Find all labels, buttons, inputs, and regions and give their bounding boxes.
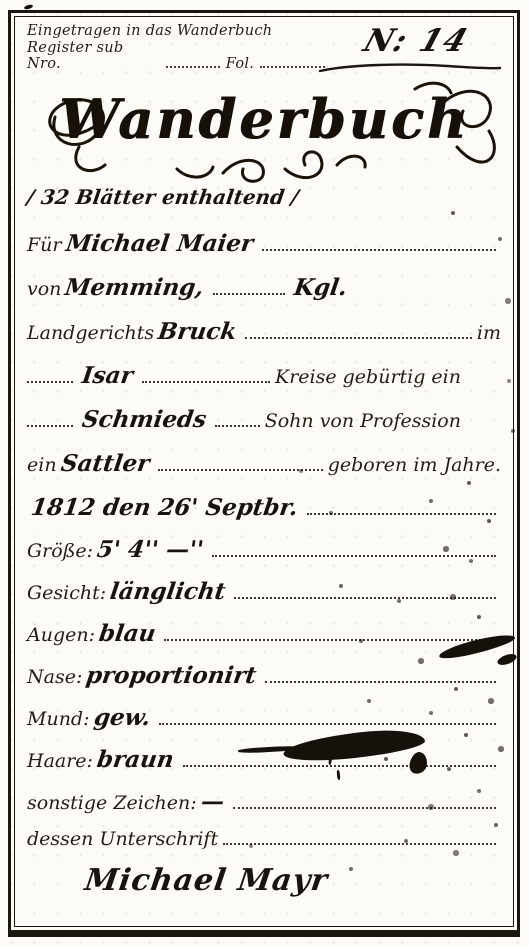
register-label: Register sub Nro. [27, 40, 160, 72]
form-row-mouth: Mund: gew. [27, 691, 501, 733]
form-row-parentage: Schmieds Sohn von Profession [27, 391, 501, 435]
title-block: Wanderbuch [27, 73, 501, 185]
field-value-handwritten: proportionirt [84, 662, 258, 691]
field-value-handwritten: Memming, [63, 274, 205, 303]
field-tail: im [477, 322, 501, 347]
field-tail: Sohn von Profession [265, 410, 461, 435]
register-line2: Register sub Nro. Fol. [27, 40, 331, 72]
document-outer-frame: Eingetragen in das Wanderbuch Register s… [8, 10, 520, 937]
dotted-leader [142, 381, 270, 383]
fol-label: Fol. [226, 56, 254, 72]
form-row-birthdate: 1812 den 26' Septbr. [27, 479, 501, 523]
field-label: Augen: [27, 624, 95, 649]
form-row-other-marks: sonstige Zeichen: — [27, 775, 501, 817]
dotted-leader [223, 843, 496, 845]
dotted-leader [183, 765, 497, 767]
field-tail-handwritten: Kgl. [292, 274, 349, 303]
form-row-district-court: Landgerichts Bruck im [27, 303, 501, 347]
field-label: Landgerichts [27, 322, 154, 347]
field-label: Nase: [27, 666, 82, 691]
field-value-handwritten: 5' 4'' —'' [95, 536, 205, 565]
book-number-value: N: 14 [359, 23, 473, 59]
field-value-handwritten: — [199, 788, 226, 817]
field-value-handwritten: Isar [80, 362, 135, 391]
dotted-leader [307, 513, 496, 515]
field-label: Mund: [27, 708, 90, 733]
form-row-eyes: Augen: blau [27, 607, 501, 649]
sheet-count-text: / 32 Blätter enthaltend / [25, 185, 300, 209]
dotted-leader [158, 469, 323, 471]
field-value-handwritten: Michael Maier [63, 230, 254, 259]
form-row-profession: ein Sattler geboren im Jahre. [27, 435, 501, 479]
signature-row: Michael Mayr [27, 853, 501, 907]
form-row-signature-label: dessen Unterschrift [27, 817, 501, 853]
book-number: N: 14 [331, 23, 501, 59]
dotted-leader [265, 681, 496, 683]
dotted-leader [213, 293, 285, 295]
field-label: Gesicht: [27, 582, 106, 607]
holder-signature: Michael Mayr [83, 863, 331, 898]
form-row-holder-name: Für Michael Maier [27, 215, 501, 259]
dotted-leader [27, 425, 73, 427]
field-value-handwritten: braun [95, 746, 176, 775]
dotted-leader [245, 337, 471, 339]
field-label: ein [27, 454, 57, 479]
sheet-count-line: / 32 Blätter enthaltend / [27, 185, 501, 215]
dotted-leader [215, 425, 260, 427]
field-value-handwritten: blau [97, 620, 158, 649]
form-row-nose: Nase: proportionirt [27, 649, 501, 691]
form-row-kreis: Isar Kreise gebürtig ein [27, 347, 501, 391]
field-value-handwritten: Bruck [156, 318, 238, 347]
field-value-handwritten: Schmieds [80, 406, 208, 435]
dotted-leader [260, 66, 325, 68]
field-value-handwritten: Sattler [59, 450, 151, 479]
dotted-leader [234, 597, 496, 599]
wanderbuch-document-page: Eingetragen in das Wanderbuch Register s… [0, 0, 529, 947]
form-row-hair: Haare: braun [27, 733, 501, 775]
dotted-leader [159, 723, 496, 725]
field-label: Größe: [27, 540, 93, 565]
register-line1: Eingetragen in das Wanderbuch [27, 23, 331, 39]
dotted-leader [166, 66, 220, 68]
field-label: Für [27, 234, 62, 259]
register-header-text: Eingetragen in das Wanderbuch Register s… [27, 23, 331, 72]
field-label: Haare: [27, 750, 93, 775]
field-value-handwritten: länglicht [108, 578, 227, 607]
dotted-leader [233, 807, 496, 809]
field-label: von [27, 278, 61, 303]
form-row-origin: von Memming, Kgl. [27, 259, 501, 303]
form-row-face: Gesicht: länglicht [27, 565, 501, 607]
document-inner-frame: Eingetragen in das Wanderbuch Register s… [14, 16, 514, 927]
field-value-handwritten: 1812 den 26' Septbr. [29, 494, 300, 523]
scan-speckles [0, 0, 2, 2]
dotted-leader [27, 381, 73, 383]
form-row-height: Größe: 5' 4'' —'' [27, 523, 501, 565]
dotted-leader [164, 639, 496, 641]
field-tail: geboren im Jahre. [328, 454, 501, 479]
field-value-handwritten: gew. [91, 704, 151, 733]
field-tail: Kreise gebürtig ein [275, 366, 461, 391]
field-label: sonstige Zeichen: [27, 792, 197, 817]
dotted-leader [212, 555, 496, 557]
dotted-leader [262, 249, 496, 251]
register-header: Eingetragen in das Wanderbuch Register s… [27, 23, 501, 73]
document-title: Wanderbuch [27, 87, 501, 151]
field-label: dessen Unterschrift [27, 828, 218, 853]
